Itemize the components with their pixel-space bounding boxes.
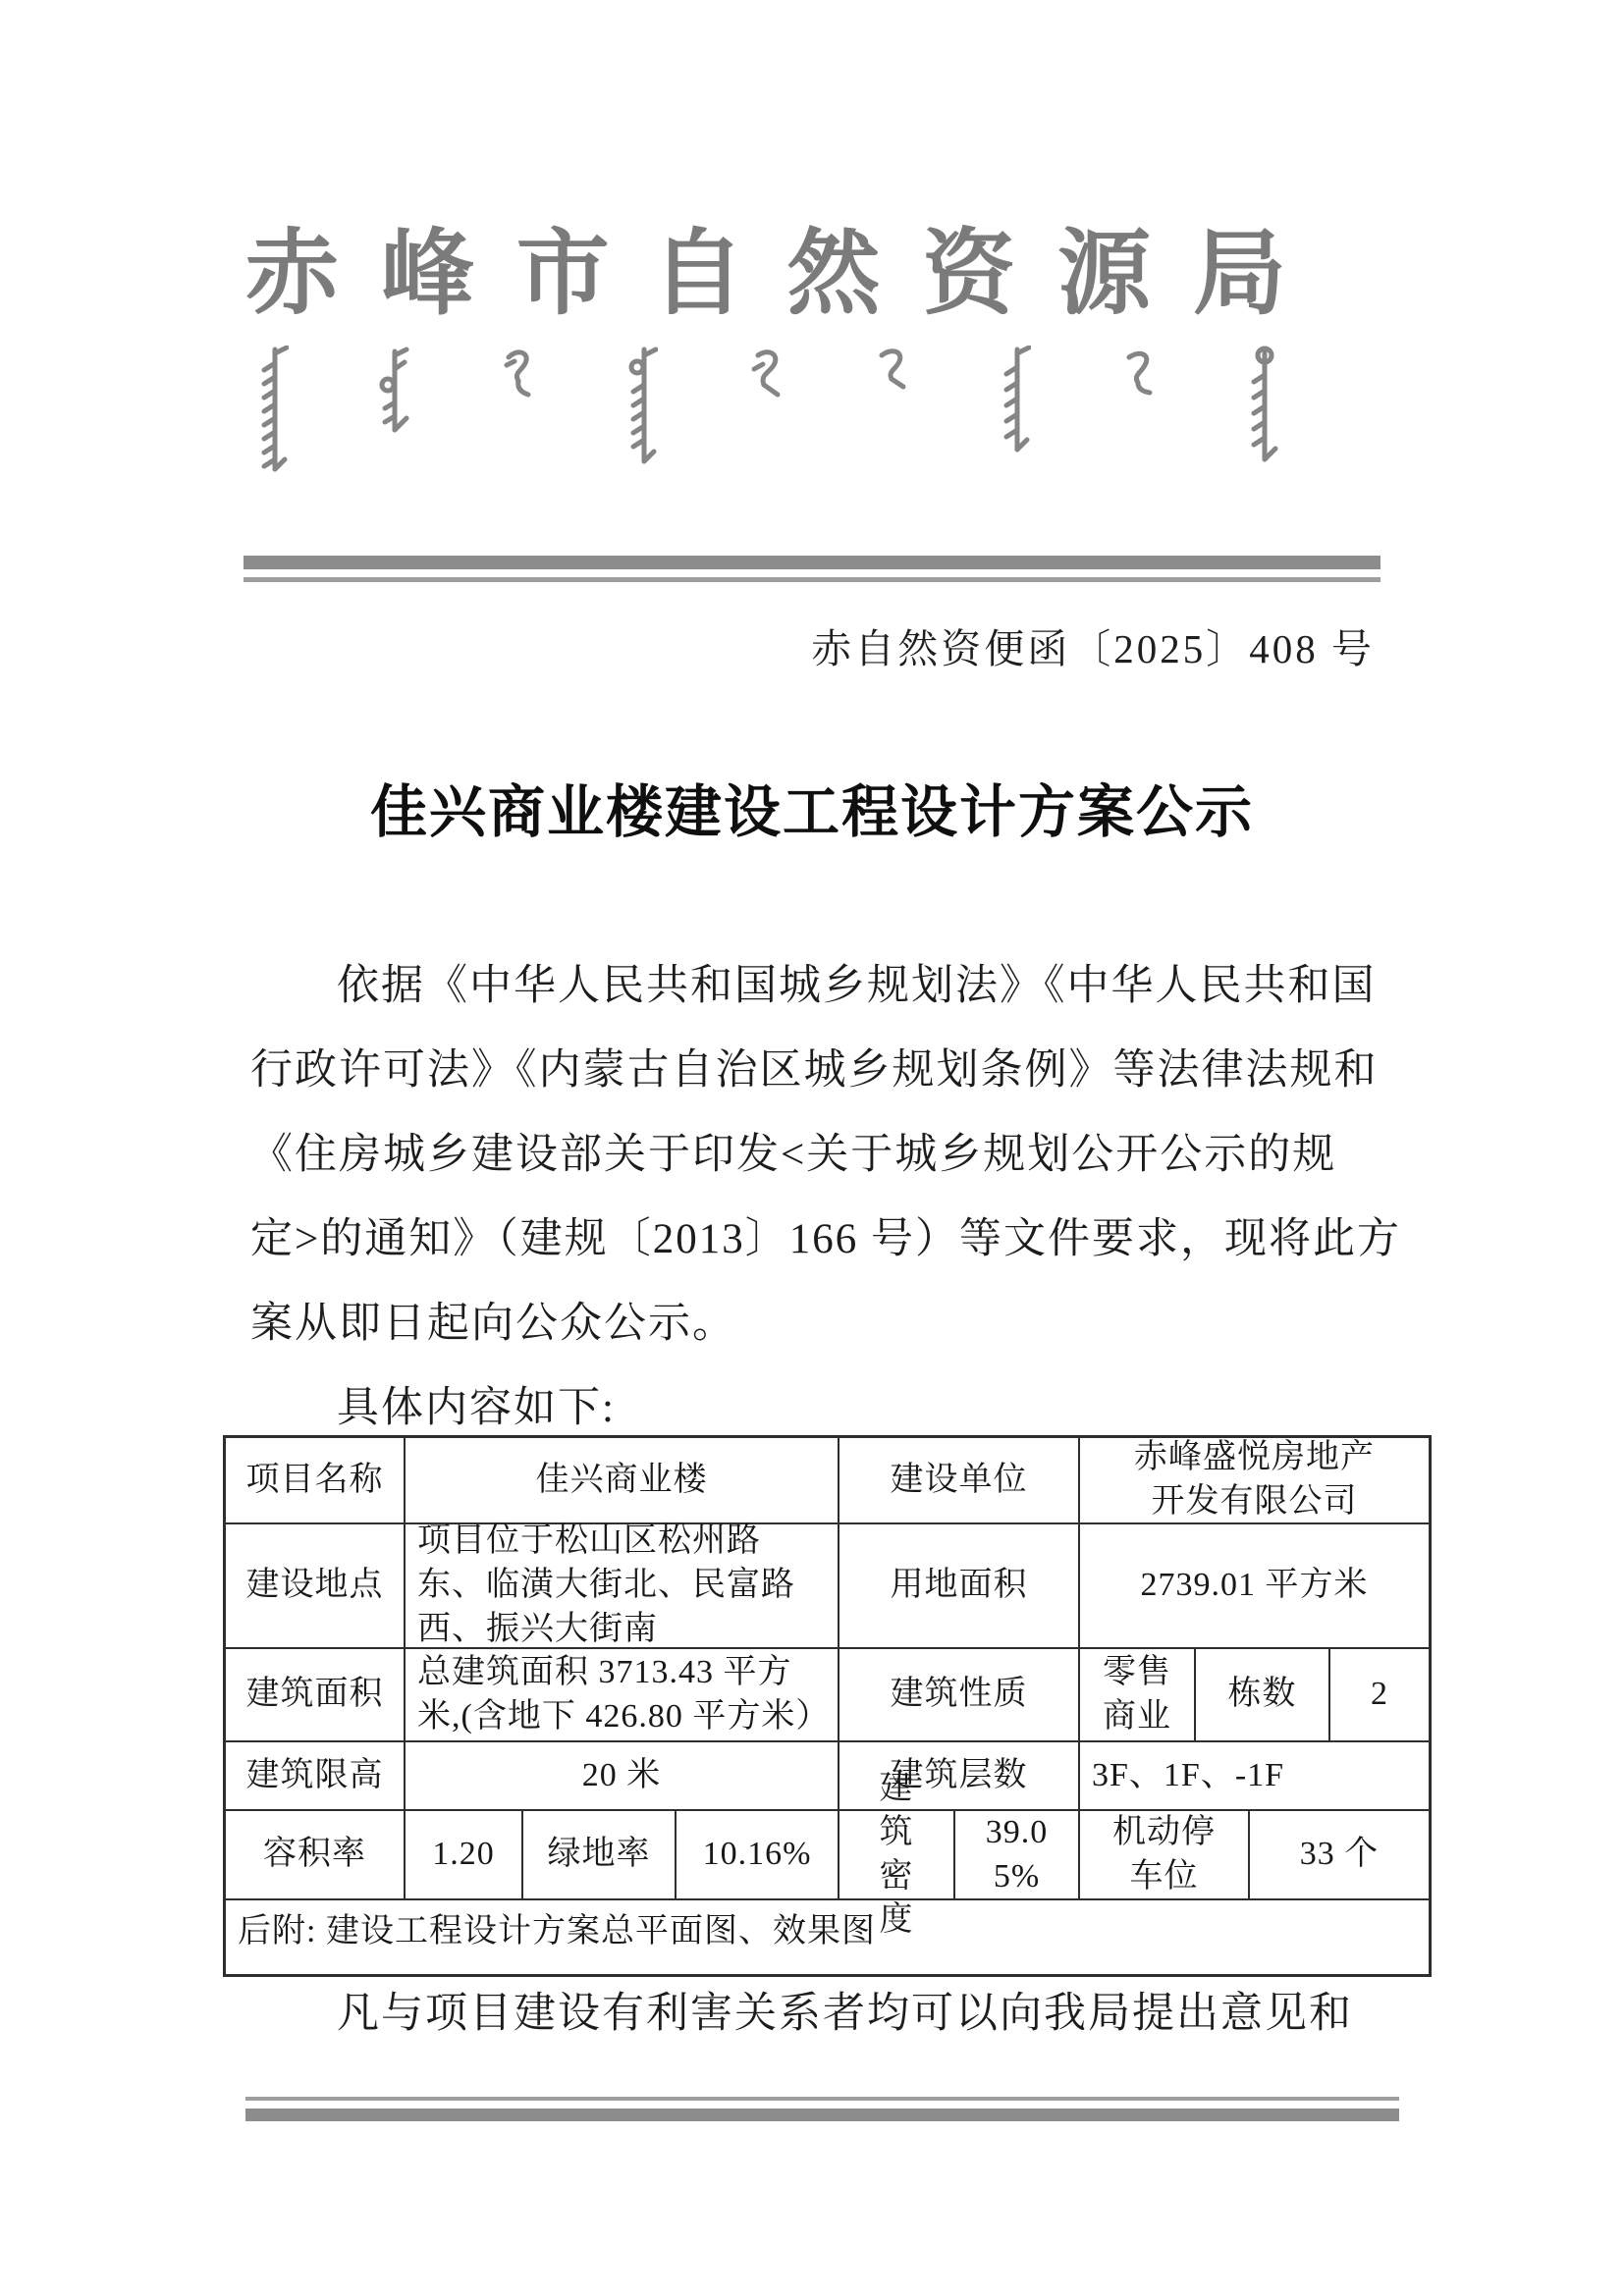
table-value-building-count: 2 [1330,1649,1429,1742]
closing-paragraph: 凡与项目建设有利害关系者均可以向我局提出意见和 [250,1985,1404,2044]
agency-char: 自 [652,228,745,321]
agency-char: 局 [1193,228,1286,321]
body-line: 定>的通知》（建规〔2013〕166 号）等文件要求，现将此方 [250,1198,1404,1282]
divider-thick-bar [245,2109,1399,2121]
agency-char: 峰 [381,228,474,321]
agency-char: 然 [786,228,880,321]
table-label-developer: 建设单位 [839,1438,1080,1524]
table-value-green-ratio: 10.16% [677,1811,839,1900]
document-title: 佳兴商业楼建设工程设计方案公示 [167,766,1457,848]
agency-char: 源 [1057,228,1151,321]
body-line: 行政许可法》《内蒙古自治区城乡规划条例》等法律法规和 [250,1029,1404,1113]
table-value-parking: 33 个 [1250,1811,1429,1900]
body-line: 案从即日起向公众公示。 [250,1282,1404,1366]
mongolian-script-icon [379,346,410,436]
table-value-plot-ratio: 1.20 [406,1811,523,1900]
table-label-plot-ratio: 容积率 [226,1811,406,1900]
table-label-height-limit: 建筑限高 [226,1742,406,1811]
letterhead-divider [244,556,1380,582]
document-page: 赤 峰 市 自 然 资 源 局 [0,0,1624,2296]
table-footer-attachments: 后附: 建设工程设计方案总平面图、效果图 [226,1900,1429,1974]
table-label-parking: 机动停车位 [1080,1811,1250,1900]
body-line: 依据《中华人民共和国城乡规划法》《中华人民共和国 [250,944,1404,1029]
table-label-building-use: 建筑性质 [839,1649,1080,1742]
divider-thick-bar [244,556,1380,569]
mongolian-script-icon [1247,346,1278,465]
mongolian-script-icon [1121,346,1157,397]
table-value-land-area: 2739.01 平方米 [1080,1524,1429,1649]
table-label-land-area: 用地面积 [839,1524,1080,1649]
table-label-floor-area: 建筑面积 [226,1649,406,1742]
table-value-storeys: 3F、1F、-1F [1080,1742,1429,1811]
mongolian-script-icon [501,346,536,400]
mongolian-script-icon [874,346,909,393]
table-value-building-density: 39.05% [955,1811,1080,1900]
table-value-project-name: 佳兴商业楼 [406,1438,839,1524]
table-value-location: 项目位于松山区松州路东、临潢大街北、民富路西、振兴大街南 [406,1524,839,1649]
divider-thin-line [245,2097,1399,2101]
table-label-building-count: 栋数 [1196,1649,1330,1742]
agency-char: 市 [516,228,610,321]
mongolian-script-icon [257,346,289,475]
agency-char: 资 [922,228,1015,321]
mongolian-script-icon [1000,346,1031,455]
table-value-height-limit: 20 米 [406,1742,839,1811]
mongolian-script-row [257,346,1278,475]
table-value-floor-area: 总建筑面积 3713.43 平方米,(含地下 426.80 平方米） [406,1649,839,1742]
table-label-green-ratio: 绿地率 [523,1811,677,1900]
table-label-building-density: 建筑密度 [839,1811,955,1900]
document-number: 赤自然资便函〔2025〕408 号 [249,616,1375,674]
mongolian-script-icon [626,346,658,467]
body-paragraph: 依据《中华人民共和国城乡规划法》《中华人民共和国 行政许可法》《内蒙古自治区城乡… [250,944,1404,1451]
table-label-project-name: 项目名称 [226,1438,406,1524]
divider-thin-line [244,577,1380,582]
body-line: 《住房城乡建设部关于印发<关于城乡规划公开公示的规 [250,1113,1404,1198]
agency-name: 赤 峰 市 自 然 资 源 局 [245,228,1286,321]
project-details-table: 项目名称 佳兴商业楼 建设单位 赤峰盛悦房地产开发有限公司 建设地点 项目位于松… [223,1435,1432,1977]
table-value-developer: 赤峰盛悦房地产开发有限公司 [1080,1438,1429,1524]
table-label-location: 建设地点 [226,1524,406,1649]
mongolian-script-icon [748,346,784,402]
table-value-building-use: 零售商业 [1080,1649,1196,1742]
agency-char: 赤 [245,228,339,321]
footer-divider [245,2097,1399,2121]
